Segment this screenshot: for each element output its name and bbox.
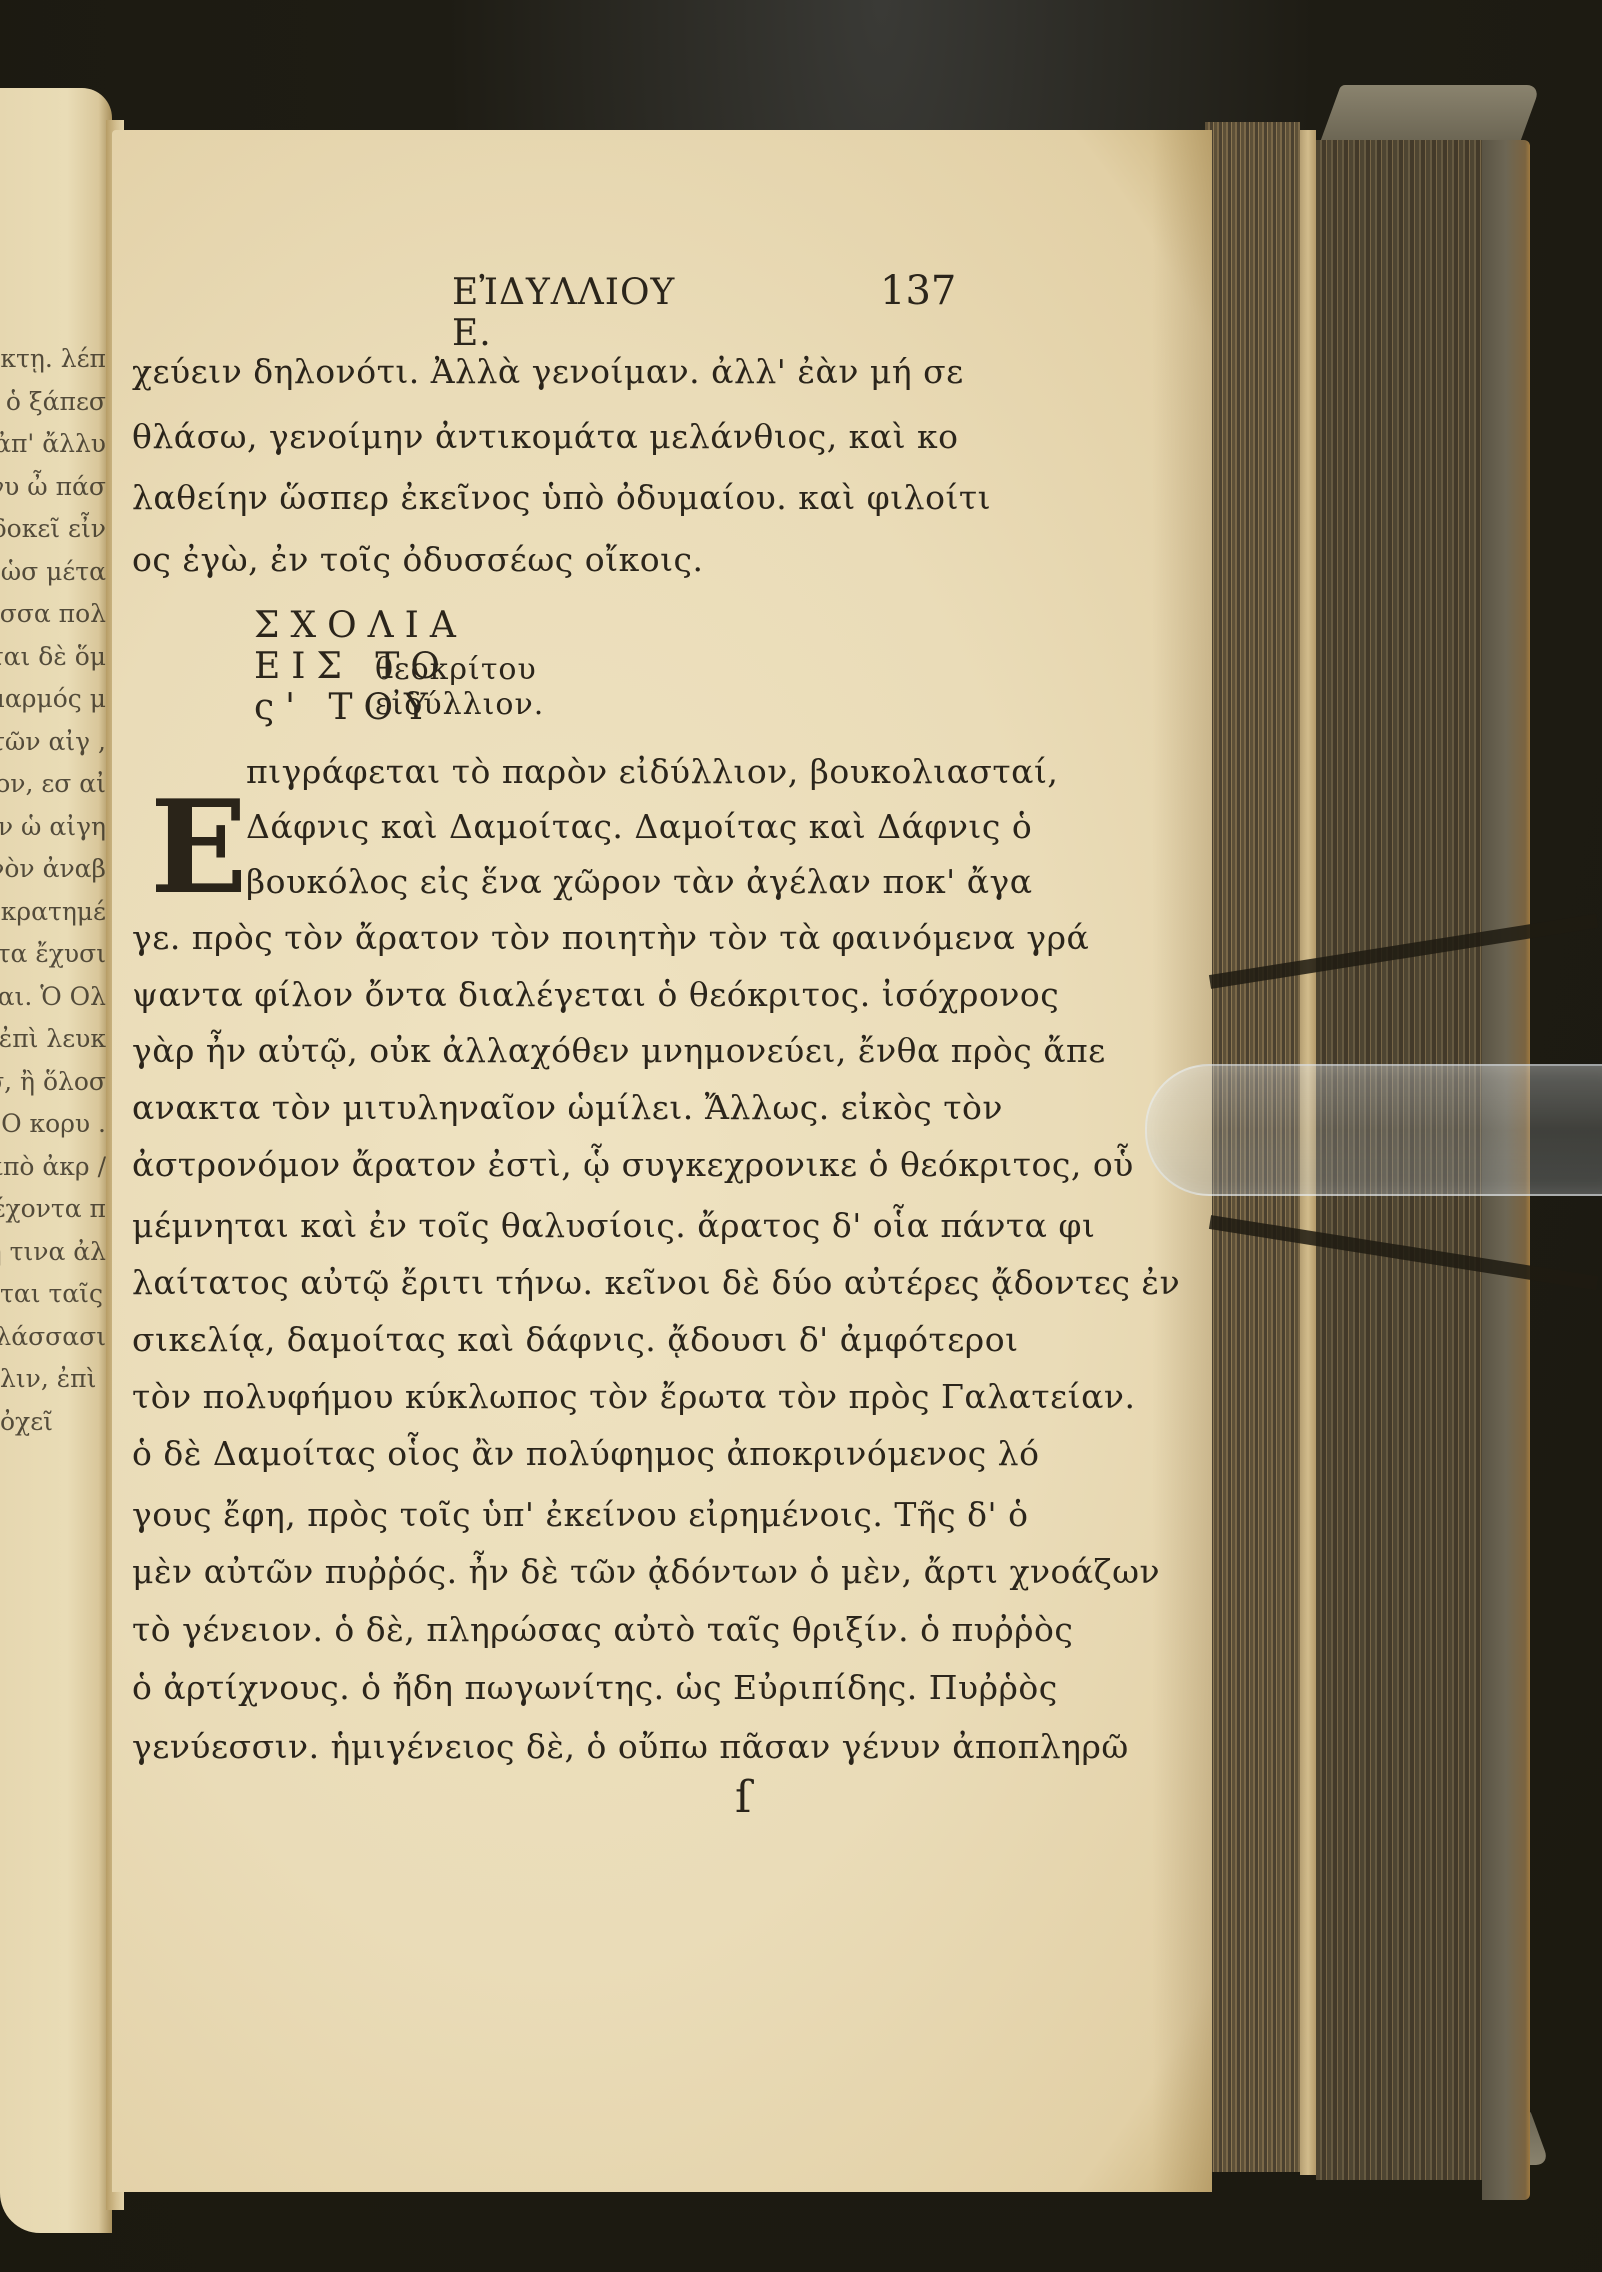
glass-page-weight bbox=[1145, 1064, 1602, 1196]
left-line: δοκεῖ εἶν bbox=[0, 508, 106, 551]
left-line: ν ἀπ' ἄλλυ bbox=[0, 423, 106, 466]
left-line: / ἀπὸ ἀκρ bbox=[0, 1146, 106, 1189]
page-number: 137 bbox=[880, 268, 956, 314]
left-line: λάσσασι, bbox=[0, 1316, 106, 1359]
left-line: λιν, ἐπὶ bbox=[0, 1358, 106, 1401]
left-line: ύνγυ ὦ πάσ bbox=[0, 466, 106, 509]
left-line: αβον, εσ αἰ bbox=[0, 763, 106, 806]
commentary-line: μὲν αὐτῶν πυῤῥός. ἦν δὲ τῶν ᾀδόντων ὁ μὲ… bbox=[132, 1552, 1160, 1591]
commentary-line: τὸ γένειον. ὁ δὲ, πληρώσας αὐτὸ ταῖς θρι… bbox=[132, 1610, 1073, 1649]
left-line: ρ' ὡσ μέτα bbox=[0, 551, 106, 594]
signature-mark: ſ bbox=[735, 1772, 751, 1823]
commentary-line: τὸν πολυφήμου κύκλωπος τὸν ἔρωτα τὸν πρὸ… bbox=[132, 1377, 1135, 1416]
commentary-line: πιγράφεται τὸ παρὸν εἰδύλλιον, βουκολιασ… bbox=[246, 752, 1058, 791]
commentary-line: λαίτατος αὐτῷ ἔριτι τήνω. κεῖνοι δὲ δύο … bbox=[132, 1263, 1180, 1302]
commentary-line: σικελίᾳ, δαμοίτας καὶ δάφνις. ᾄδουσι δ' … bbox=[132, 1320, 1019, 1359]
left-line: ἐ ὁ ξάπεσ bbox=[0, 381, 106, 424]
drop-cap: E bbox=[150, 784, 248, 912]
left-line: ρχεται δὲ ὅμ bbox=[0, 636, 106, 679]
left-line: ἢ τινα ἀλ bbox=[0, 1231, 106, 1274]
left-line: πίκτῃ. λέπ bbox=[0, 338, 106, 381]
left-line: εκρατημέ bbox=[0, 891, 106, 934]
verse-line: λαθείην ὥσπερ ἐκεῖνος ὑπὸ ὀδυμαίου. καὶ … bbox=[132, 478, 991, 517]
running-head: ΕἸΔΥΛΛΙΟΥ Ε. bbox=[452, 272, 675, 354]
left-line: ῖν ὡ αἰγη bbox=[0, 806, 106, 849]
left-line: ὀχεῖ bbox=[0, 1401, 106, 1444]
commentary-line: βουκόλος εἰς ἕνα χῶρον τὰν ἀγέλαν ποκ' ἄ… bbox=[246, 862, 1033, 901]
left-line: λάσσα πολ bbox=[0, 593, 106, 636]
commentary-line: γὰρ ἦν αὐτῷ, οὐκ ἀλλαχόθεν μνημονεύει, ἔ… bbox=[132, 1031, 1106, 1070]
commentary-line: γενύεσσιν. ἡμιγένειος δὲ, ὁ οὔπω πᾶσαν γ… bbox=[132, 1727, 1129, 1766]
left-line: ειμαρμός μ bbox=[0, 678, 106, 721]
commentary-line: ὁ ἀρτίχνους. ὁ ἤδη πωγωνίτης. ὡς Εὐριπίδ… bbox=[132, 1668, 1058, 1707]
commentary-line: ανακτα τὸν μιτυληναῖον ὡμίλει. Ἄλλως. εἰ… bbox=[132, 1088, 1003, 1127]
left-page-text: πίκτῃ. λέπ ἐ ὁ ξάπεσ ν ἀπ' ἄλλυ ύνγυ ὦ π… bbox=[0, 338, 106, 1443]
left-line: ὸ ἐπὶ λευκ bbox=[0, 1018, 106, 1061]
cover-corner-top bbox=[1319, 85, 1541, 145]
left-line: , ἢ τῶν αἰγ bbox=[0, 721, 106, 764]
section-subheading: θεοκρίτου εἰδύλλιον. bbox=[375, 652, 544, 722]
left-line: έχοντα π bbox=[0, 1188, 106, 1231]
commentary-line: μέμνηται καὶ ἐν τοῖς θαλυσίοις. ἄρατος δ… bbox=[132, 1206, 1095, 1245]
left-line: . Ὁ Ο κορυ bbox=[0, 1103, 106, 1146]
left-line: ται ταῖς bbox=[0, 1273, 106, 1316]
left-line: ανὸν ἀναβ bbox=[0, 848, 106, 891]
left-page: πίκτῃ. λέπ ἐ ὁ ξάπεσ ν ἀπ' ἄλλυ ύνγυ ὦ π… bbox=[0, 88, 112, 2233]
verse-line: θλάσω, γενοίμην ἀντικομάτα μελάνθιος, κα… bbox=[132, 417, 959, 456]
commentary-line: ψαντα φίλον ὄντα διαλέγεται ὁ θεόκριτος.… bbox=[132, 975, 1059, 1014]
commentary-line: γους ἔφη, πρὸς τοῖς ὑπ' ἐκείνου εἰρημένο… bbox=[132, 1495, 1028, 1534]
left-line: μσ, ἢ ὅλοσ bbox=[0, 1061, 106, 1104]
commentary-line: γε. πρὸς τὸν ἄρατον τὸν ποιητὴν τὸν τὰ φ… bbox=[132, 918, 1089, 957]
commentary-line: ὁ δὲ Δαμοίτας οἷος ἂν πολύφημος ἀποκρινό… bbox=[132, 1434, 1039, 1473]
commentary-line: Δάφνις καὶ Δαμοίτας. Δαμοίτας καὶ Δάφνις… bbox=[246, 807, 1032, 846]
verse-line: χεύειν δηλονότι. Ἀλλὰ γενοίμαν. ἀλλ' ἐὰν… bbox=[132, 352, 964, 391]
left-line: ρατα ἔχυσι bbox=[0, 933, 106, 976]
left-line: ῳμαι. Ὁ Ολ bbox=[0, 976, 106, 1019]
commentary-line: ἀστρονόμον ἄρατον ἐστὶ, ᾧ συγκεχρονικε ὁ… bbox=[132, 1145, 1134, 1184]
verse-line: ος ἐγὼ, ἐν τοῖς ὀδυσσέως οἴκοις. bbox=[132, 540, 704, 579]
